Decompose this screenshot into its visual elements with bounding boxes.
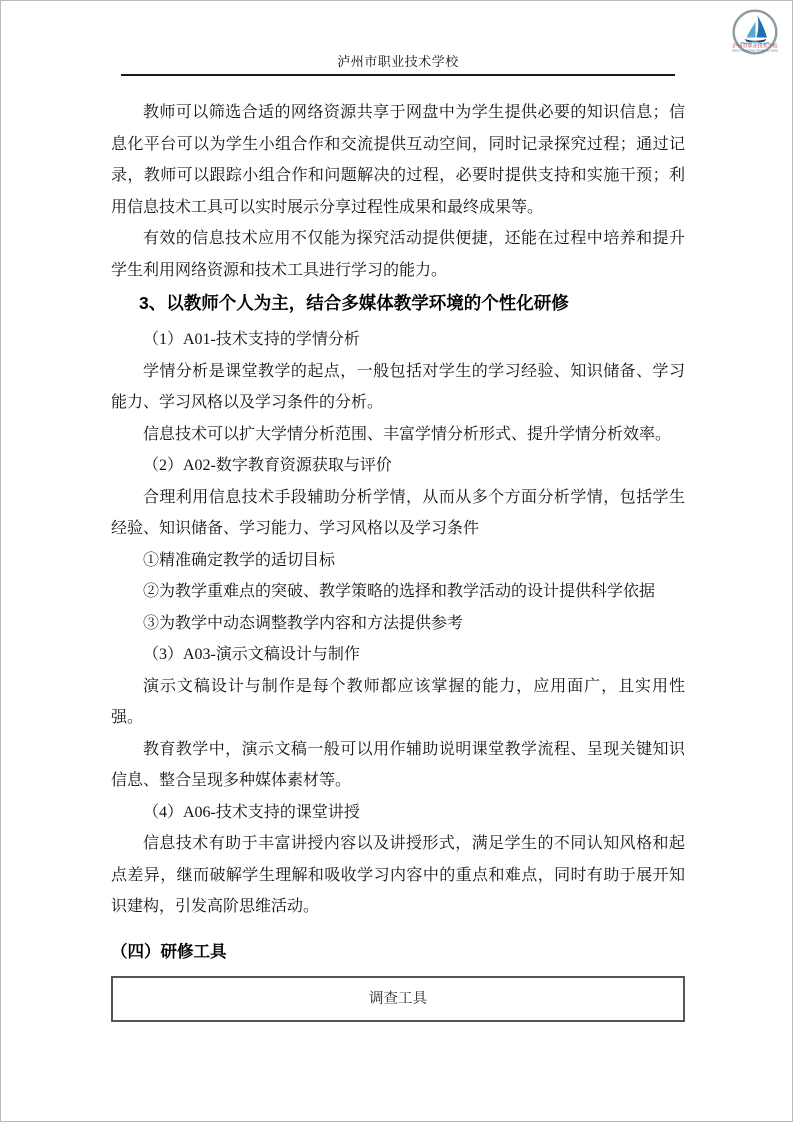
- paragraph: （4）A06-技术支持的课堂讲授: [111, 797, 685, 829]
- paragraph: ①精准确定教学的适切目标: [111, 545, 685, 577]
- paragraph: 教师可以筛选合适的网络资源共享于网盘中为学生提供必要的知识信息；信息化平台可以为…: [111, 97, 685, 223]
- paragraph: （3）A03-演示文稿设计与制作: [111, 639, 685, 671]
- survey-tool-box: 调查工具: [111, 976, 685, 1022]
- paragraph: 信息技术有助于丰富讲授内容以及讲授形式，满足学生的不同认知风格和起点差异，继而破…: [111, 828, 685, 923]
- paragraph: （2）A02-数字教育资源获取与评价: [111, 450, 685, 482]
- sailboat-icon: 泸州市职业技术学校 LUZHOU VOCATIONAL TECHNICAL SC…: [732, 9, 778, 55]
- svg-text:LUZHOU VOCATIONAL TECHNICAL SC: LUZHOU VOCATIONAL TECHNICAL SCHOOL: [732, 50, 778, 53]
- svg-text:泸州市职业技术学校: 泸州市职业技术学校: [732, 43, 778, 50]
- paragraph: （1）A01-技术支持的学情分析: [111, 324, 685, 356]
- document-body: 教师可以筛选合适的网络资源共享于网盘中为学生提供必要的知识信息；信息化平台可以为…: [111, 97, 685, 1022]
- paragraph: 有效的信息技术应用不仅能为探究活动提供便捷，还能在过程中培养和提升学生利用网络资…: [111, 223, 685, 286]
- paragraph: ②为教学重难点的突破、教学策略的选择和教学活动的设计提供科学依据: [111, 576, 685, 608]
- header-school-name: 泸州市职业技术学校: [121, 51, 675, 74]
- page-header: 泸州市职业技术学校: [121, 1, 675, 76]
- paragraph: ③为教学中动态调整教学内容和方法提供参考: [111, 608, 685, 640]
- school-logo: 泸州市职业技术学校 LUZHOU VOCATIONAL TECHNICAL SC…: [732, 9, 778, 55]
- paragraph: 演示文稿设计与制作是每个教师都应该掌握的能力，应用面广，且实用性强。: [111, 671, 685, 734]
- paragraph: 合理利用信息技术手段辅助分析学情，从而从多个方面分析学情，包括学生经验、知识储备…: [111, 482, 685, 545]
- section-heading: （四）研修工具: [111, 937, 685, 967]
- subsection-heading: 3、以教师个人为主，结合多媒体教学环境的个性化研修: [111, 287, 685, 320]
- document-page: 泸州市职业技术学校 泸州市职业技术学校 LUZHOU VOCATIONAL TE…: [0, 0, 793, 1122]
- paragraph: 信息技术可以扩大学情分析范围、丰富学情分析形式、提升学情分析效率。: [111, 419, 685, 451]
- paragraph: 教育教学中，演示文稿一般可以用作辅助说明课堂教学流程、呈现关键知识信息、整合呈现…: [111, 734, 685, 797]
- paragraph: 学情分析是课堂教学的起点，一般包括对学生的学习经验、知识储备、学习能力、学习风格…: [111, 356, 685, 419]
